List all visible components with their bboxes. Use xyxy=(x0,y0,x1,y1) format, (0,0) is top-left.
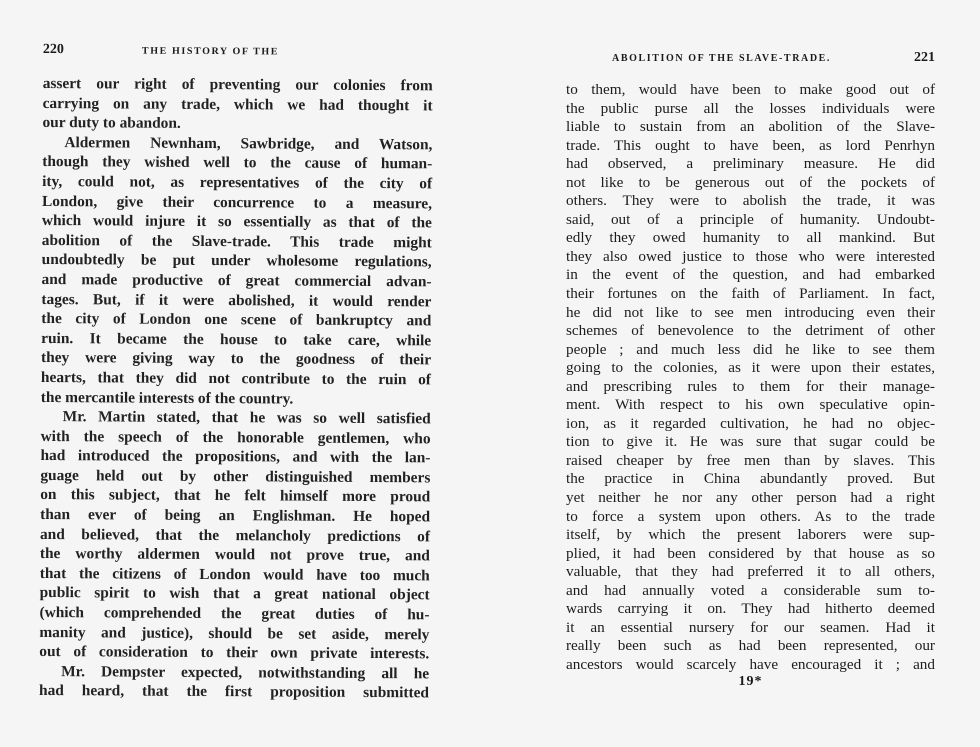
text-line: people ; and much less did he like to se… xyxy=(566,341,935,360)
text-line: the city of London one scene of bankrupt… xyxy=(41,309,431,331)
text-line: he did not like to see men introducing e… xyxy=(566,304,935,323)
left-page: 220 THE HISTORY OF THE assert our right … xyxy=(39,42,433,703)
text-line: hearts, that they did not contribute to … xyxy=(41,368,431,390)
text-line: ity, could not, as representatives of th… xyxy=(42,172,432,194)
text-line: liable to sustain from an abolition of t… xyxy=(566,118,935,137)
text-line: and believed, that the melancholy predic… xyxy=(40,525,430,547)
text-line: edly they owed humanity to all mankind. … xyxy=(566,229,935,248)
text-line: ment. With respect to his own speculativ… xyxy=(566,396,935,415)
text-line: to force a system upon others. As to the… xyxy=(566,508,935,527)
text-line: going to the colonies, as it were upon t… xyxy=(566,359,935,378)
text-line: and made productive of great commercial … xyxy=(41,270,431,292)
text-line: the public purse all the losses individu… xyxy=(566,100,935,119)
text-line: and had annually voted a considerable su… xyxy=(566,582,935,601)
text-line: others. They were to abolish the trade, … xyxy=(566,192,935,211)
text-line: said, out of a principle of humanity. Un… xyxy=(566,211,935,230)
right-running-head: ABOLITION OF THE SLAVE-TRADE. 221 xyxy=(566,50,935,70)
text-line: really been such as had been represented… xyxy=(566,637,935,656)
text-line: which would injure it so essentially as … xyxy=(42,211,432,233)
text-line: abolition of the Slave-trade. This trade… xyxy=(42,231,432,253)
text-line: the practice in China abundantly proved.… xyxy=(566,470,935,489)
text-line: ancestors would scarcely have encouraged… xyxy=(566,656,935,675)
text-line: in the event of the question, and had em… xyxy=(566,266,935,285)
text-line: undoubtedly be put under wholesome regul… xyxy=(42,250,432,272)
text-line: had observed, a preliminary measure. He … xyxy=(566,155,935,174)
text-line: assert our right of preventing our colon… xyxy=(43,74,433,96)
text-line: they were giving way to the goodness of … xyxy=(41,348,431,370)
text-line: valuable, that they had preferred it to … xyxy=(566,563,935,582)
text-line: had heard, that the first proposition su… xyxy=(39,681,429,703)
text-line: London, give their concurrence to a meas… xyxy=(42,192,432,214)
text-line: on this subject, that he felt himself mo… xyxy=(40,485,430,507)
left-running-head: 220 THE HISTORY OF THE xyxy=(43,42,433,64)
text-line: though they wished well to the cause of … xyxy=(42,152,432,174)
text-line: Mr. Martin stated, that he was so well s… xyxy=(41,407,431,429)
text-line: to them, would have been to make good ou… xyxy=(566,81,935,100)
text-line: the worthy aldermen would not prove true… xyxy=(40,544,430,566)
text-line: schemes of benevolence to the detriment … xyxy=(566,322,935,341)
text-line: raised cheaper by free men than by slave… xyxy=(566,452,935,471)
right-running-title: ABOLITION OF THE SLAVE-TRADE. xyxy=(612,53,831,64)
text-line: manity and justice), should be set aside… xyxy=(39,623,429,645)
text-line: not like to be generous out of the pocke… xyxy=(566,174,935,193)
text-line: (which comprehended the great duties of … xyxy=(39,603,429,625)
text-line: they also owed justice to those who were… xyxy=(566,248,935,267)
text-line: had introduced the propositions, and wit… xyxy=(40,446,430,468)
text-line: it an essential nursery for our seamen. … xyxy=(566,619,935,638)
text-line: with the speech of the honorable gentlem… xyxy=(41,427,431,449)
left-page-number: 220 xyxy=(43,42,64,58)
text-line: than ever of being an Englishman. He hop… xyxy=(40,505,430,527)
left-running-title: THE HISTORY OF THE xyxy=(142,46,279,58)
text-line: and prescribing rules to them for their … xyxy=(566,378,935,397)
text-line: tages. But, if it were abolished, it wou… xyxy=(41,290,431,312)
text-line: that the citizens of London would have t… xyxy=(40,564,430,586)
text-line: yet neither he nor any other person had … xyxy=(566,489,935,508)
text-line: Aldermen Newnham, Sawbridge, and Watson, xyxy=(42,133,432,155)
book-spread: 220 THE HISTORY OF THE assert our right … xyxy=(0,0,980,747)
text-line: Mr. Dempster expected, notwithstanding a… xyxy=(39,662,429,684)
text-line: itself, by which the present laborers we… xyxy=(566,526,935,545)
text-line: out of consideration to their own privat… xyxy=(39,642,429,664)
right-page-number: 221 xyxy=(914,50,935,66)
left-body-text: assert our right of preventing our colon… xyxy=(39,74,433,703)
text-line: guage held out by other distinguished me… xyxy=(40,466,430,488)
text-line: tion to give it. He was sure that sugar … xyxy=(566,433,935,452)
text-line: plied, it had been considered by that ho… xyxy=(566,545,935,564)
text-line: carrying on any trade, which we had thou… xyxy=(43,94,433,116)
text-line: trade. This ought to have been, as lord … xyxy=(566,137,935,156)
text-line: wards carrying it on. They had hitherto … xyxy=(566,600,935,619)
text-line: the mercantile interests of the country. xyxy=(41,387,431,409)
text-line: our duty to abandon. xyxy=(42,113,432,135)
right-body-text: to them, would have been to make good ou… xyxy=(566,81,935,675)
text-line: public spirit to wish that a great natio… xyxy=(40,583,430,605)
right-page: ABOLITION OF THE SLAVE-TRADE. 221 to the… xyxy=(566,50,935,690)
text-line: ruin. It became the house to take care, … xyxy=(41,329,431,351)
text-line: their fortunes on the faith of Parliamen… xyxy=(566,285,935,304)
text-line: ion, as it regarded cultivation, he had … xyxy=(566,415,935,434)
signature-mark: 19* xyxy=(566,674,935,690)
